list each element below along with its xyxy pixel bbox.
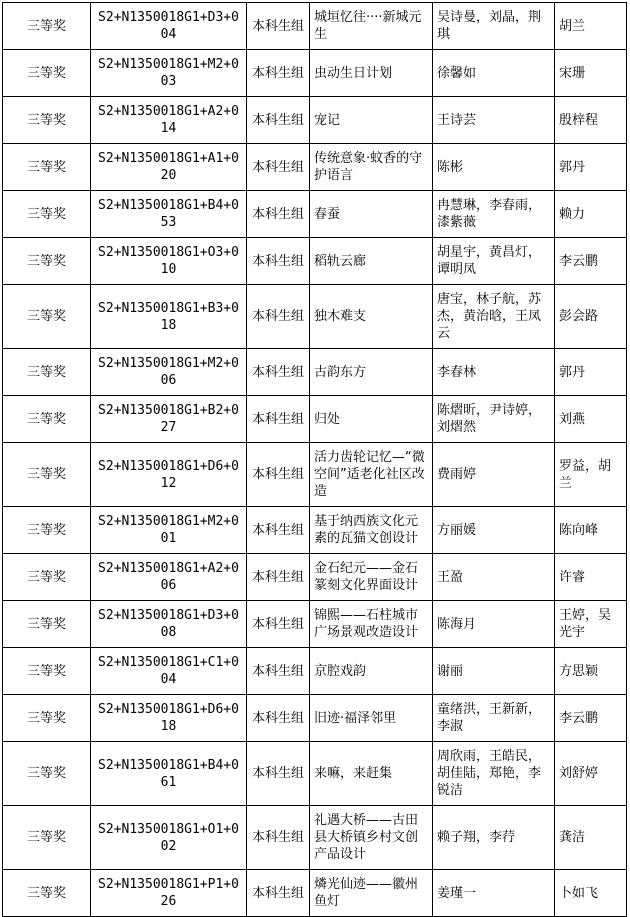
advisor-cell: 卜如飞 (555, 870, 627, 917)
advisor-cell: 龚洁 (555, 806, 627, 870)
authors-cell: 唐宝，林子航，苏杰，黄治晗，王凤云 (433, 285, 555, 349)
table-row: 三等奖S2+N1350018G1+A2+006本科生组金石纪元——金石篆刻文化界… (3, 554, 627, 601)
advisor-cell: 李云鹏 (555, 695, 627, 742)
awards-table: 三等奖S2+N1350018G1+D3+004本科生组城垣忆往····新城元生吴… (2, 2, 627, 917)
title-cell: 春蚕 (310, 191, 433, 238)
table-row: 三等奖S2+N1350018G1+B4+061本科生组来嘛，来赶集周欣雨，王皓民… (3, 742, 627, 806)
advisor-cell: 郭丹 (555, 349, 627, 396)
advisor-cell: 宋珊 (555, 50, 627, 97)
group-cell: 本科生组 (247, 238, 310, 285)
table-row: 三等奖S2+N1350018G1+D6+018本科生组旧迹·福泽邻里童绪洪，王新… (3, 695, 627, 742)
awards-table-body: 三等奖S2+N1350018G1+D3+004本科生组城垣忆往····新城元生吴… (3, 3, 627, 917)
table-row: 三等奖S2+N1350018G1+D3+004本科生组城垣忆往····新城元生吴… (3, 3, 627, 50)
title-cell: 基于纳西族文化元素的瓦猫文创设计 (310, 507, 433, 554)
award-cell: 三等奖 (3, 396, 91, 443)
authors-cell: 冉慧琳，李春雨，漆紫薇 (433, 191, 555, 238)
title-cell: 城垣忆往····新城元生 (310, 3, 433, 50)
group-cell: 本科生组 (247, 285, 310, 349)
table-row: 三等奖S2+N1350018G1+B2+027本科生组归处陈熠昕，尹诗婷，刘熠然… (3, 396, 627, 443)
award-cell: 三等奖 (3, 601, 91, 648)
award-cell: 三等奖 (3, 144, 91, 191)
authors-cell: 周欣雨，王皓民，胡佳陆，郑艳，李锐洁 (433, 742, 555, 806)
group-cell: 本科生组 (247, 695, 310, 742)
authors-cell: 王诗芸 (433, 97, 555, 144)
code-cell: S2+N1350018G1+D3+004 (91, 3, 247, 50)
table-row: 三等奖S2+N1350018G1+M2+006本科生组古韵东方李春林郭丹 (3, 349, 627, 396)
code-cell: S2+N1350018G1+D6+012 (91, 443, 247, 507)
group-cell: 本科生组 (247, 3, 310, 50)
code-cell: S2+N1350018G1+B2+027 (91, 396, 247, 443)
award-cell: 三等奖 (3, 443, 91, 507)
authors-cell: 王盈 (433, 554, 555, 601)
code-cell: S2+N1350018G1+O1+002 (91, 806, 247, 870)
code-cell: S2+N1350018G1+D6+018 (91, 695, 247, 742)
title-cell: 京腔戏韵 (310, 648, 433, 695)
table-row: 三等奖S2+N1350018G1+D3+008本科生组锦熙——石柱城市广场景观改… (3, 601, 627, 648)
group-cell: 本科生组 (247, 97, 310, 144)
code-cell: S2+N1350018G1+M2+001 (91, 507, 247, 554)
group-cell: 本科生组 (247, 806, 310, 870)
table-row: 三等奖S2+N1350018G1+C1+004本科生组京腔戏韵谢丽方思颖 (3, 648, 627, 695)
code-cell: S2+N1350018G1+M2+003 (91, 50, 247, 97)
advisor-cell: 胡兰 (555, 3, 627, 50)
authors-cell: 赖子翔，李荇 (433, 806, 555, 870)
group-cell: 本科生组 (247, 191, 310, 238)
award-cell: 三等奖 (3, 3, 91, 50)
group-cell: 本科生组 (247, 349, 310, 396)
table-row: 三等奖S2+N1350018G1+O3+010本科生组稻轨云廊胡星宇，黄昌灯，谭… (3, 238, 627, 285)
document-page: 三等奖S2+N1350018G1+D3+004本科生组城垣忆往····新城元生吴… (0, 0, 630, 843)
table-row: 三等奖S2+N1350018G1+D6+012本科生组活力齿轮记忆—“微空间”适… (3, 443, 627, 507)
code-cell: S2+N1350018G1+B3+018 (91, 285, 247, 349)
table-row: 三等奖S2+N1350018G1+B4+053本科生组春蚕冉慧琳，李春雨，漆紫薇… (3, 191, 627, 238)
title-cell: 礼遇大桥——古田县大桥镇乡村文创产品设计 (310, 806, 433, 870)
advisor-cell: 罗益，胡兰 (555, 443, 627, 507)
title-cell: 来嘛，来赶集 (310, 742, 433, 806)
code-cell: S2+N1350018G1+D3+008 (91, 601, 247, 648)
table-row: 三等奖S2+N1350018G1+O1+002本科生组礼遇大桥——古田县大桥镇乡… (3, 806, 627, 870)
authors-cell: 费雨婷 (433, 443, 555, 507)
award-cell: 三等奖 (3, 191, 91, 238)
advisor-cell: 郭丹 (555, 144, 627, 191)
title-cell: 稻轨云廊 (310, 238, 433, 285)
group-cell: 本科生组 (247, 144, 310, 191)
title-cell: 传统意象·蚊香的守护语言 (310, 144, 433, 191)
code-cell: S2+N1350018G1+A2+014 (91, 97, 247, 144)
award-cell: 三等奖 (3, 349, 91, 396)
award-cell: 三等奖 (3, 97, 91, 144)
award-cell: 三等奖 (3, 238, 91, 285)
code-cell: S2+N1350018G1+O3+010 (91, 238, 247, 285)
award-cell: 三等奖 (3, 806, 91, 870)
authors-cell: 吴诗曼，刘晶，荆琪 (433, 3, 555, 50)
title-cell: 锦熙——石柱城市广场景观改造设计 (310, 601, 433, 648)
advisor-cell: 许睿 (555, 554, 627, 601)
advisor-cell: 刘舒婷 (555, 742, 627, 806)
group-cell: 本科生组 (247, 554, 310, 601)
advisor-cell: 殷梓程 (555, 97, 627, 144)
advisor-cell: 彭会路 (555, 285, 627, 349)
title-cell: 独木难支 (310, 285, 433, 349)
code-cell: S2+N1350018G1+B4+061 (91, 742, 247, 806)
table-row: 三等奖S2+N1350018G1+M2+003本科生组虫动生日计划徐馨如宋珊 (3, 50, 627, 97)
table-row: 三等奖S2+N1350018G1+P1+026本科生组燐光仙迹——徽州鱼灯姜瑾一… (3, 870, 627, 917)
group-cell: 本科生组 (247, 601, 310, 648)
authors-cell: 陈熠昕，尹诗婷，刘熠然 (433, 396, 555, 443)
advisor-cell: 李云鹏 (555, 238, 627, 285)
title-cell: 旧迹·福泽邻里 (310, 695, 433, 742)
authors-cell: 童绪洪，王新新，李淑 (433, 695, 555, 742)
code-cell: S2+N1350018G1+A1+020 (91, 144, 247, 191)
table-row: 三等奖S2+N1350018G1+M2+001本科生组基于纳西族文化元素的瓦猫文… (3, 507, 627, 554)
title-cell: 金石纪元——金石篆刻文化界面设计 (310, 554, 433, 601)
award-cell: 三等奖 (3, 50, 91, 97)
award-cell: 三等奖 (3, 285, 91, 349)
authors-cell: 姜瑾一 (433, 870, 555, 917)
group-cell: 本科生组 (247, 507, 310, 554)
group-cell: 本科生组 (247, 50, 310, 97)
title-cell: 宠记 (310, 97, 433, 144)
advisor-cell: 赖力 (555, 191, 627, 238)
title-cell: 古韵东方 (310, 349, 433, 396)
advisor-cell: 刘燕 (555, 396, 627, 443)
group-cell: 本科生组 (247, 443, 310, 507)
advisor-cell: 方思颖 (555, 648, 627, 695)
code-cell: S2+N1350018G1+A2+006 (91, 554, 247, 601)
award-cell: 三等奖 (3, 648, 91, 695)
authors-cell: 方丽媛 (433, 507, 555, 554)
code-cell: S2+N1350018G1+B4+053 (91, 191, 247, 238)
award-cell: 三等奖 (3, 695, 91, 742)
award-cell: 三等奖 (3, 742, 91, 806)
authors-cell: 徐馨如 (433, 50, 555, 97)
table-row: 三等奖S2+N1350018G1+B3+018本科生组独木难支唐宝，林子航，苏杰… (3, 285, 627, 349)
title-cell: 归处 (310, 396, 433, 443)
authors-cell: 胡星宇，黄昌灯，谭明凤 (433, 238, 555, 285)
title-cell: 虫动生日计划 (310, 50, 433, 97)
code-cell: S2+N1350018G1+C1+004 (91, 648, 247, 695)
authors-cell: 李春林 (433, 349, 555, 396)
group-cell: 本科生组 (247, 870, 310, 917)
group-cell: 本科生组 (247, 396, 310, 443)
table-row: 三等奖S2+N1350018G1+A2+014本科生组宠记王诗芸殷梓程 (3, 97, 627, 144)
award-cell: 三等奖 (3, 507, 91, 554)
group-cell: 本科生组 (247, 648, 310, 695)
code-cell: S2+N1350018G1+P1+026 (91, 870, 247, 917)
title-cell: 活力齿轮记忆—“微空间”适老化社区改造 (310, 443, 433, 507)
table-row: 三等奖S2+N1350018G1+A1+020本科生组传统意象·蚊香的守护语言陈… (3, 144, 627, 191)
code-cell: S2+N1350018G1+M2+006 (91, 349, 247, 396)
authors-cell: 谢丽 (433, 648, 555, 695)
authors-cell: 陈海月 (433, 601, 555, 648)
advisor-cell: 王婷，吴光宇 (555, 601, 627, 648)
title-cell: 燐光仙迹——徽州鱼灯 (310, 870, 433, 917)
advisor-cell: 陈向峰 (555, 507, 627, 554)
group-cell: 本科生组 (247, 742, 310, 806)
award-cell: 三等奖 (3, 870, 91, 917)
authors-cell: 陈彬 (433, 144, 555, 191)
award-cell: 三等奖 (3, 554, 91, 601)
